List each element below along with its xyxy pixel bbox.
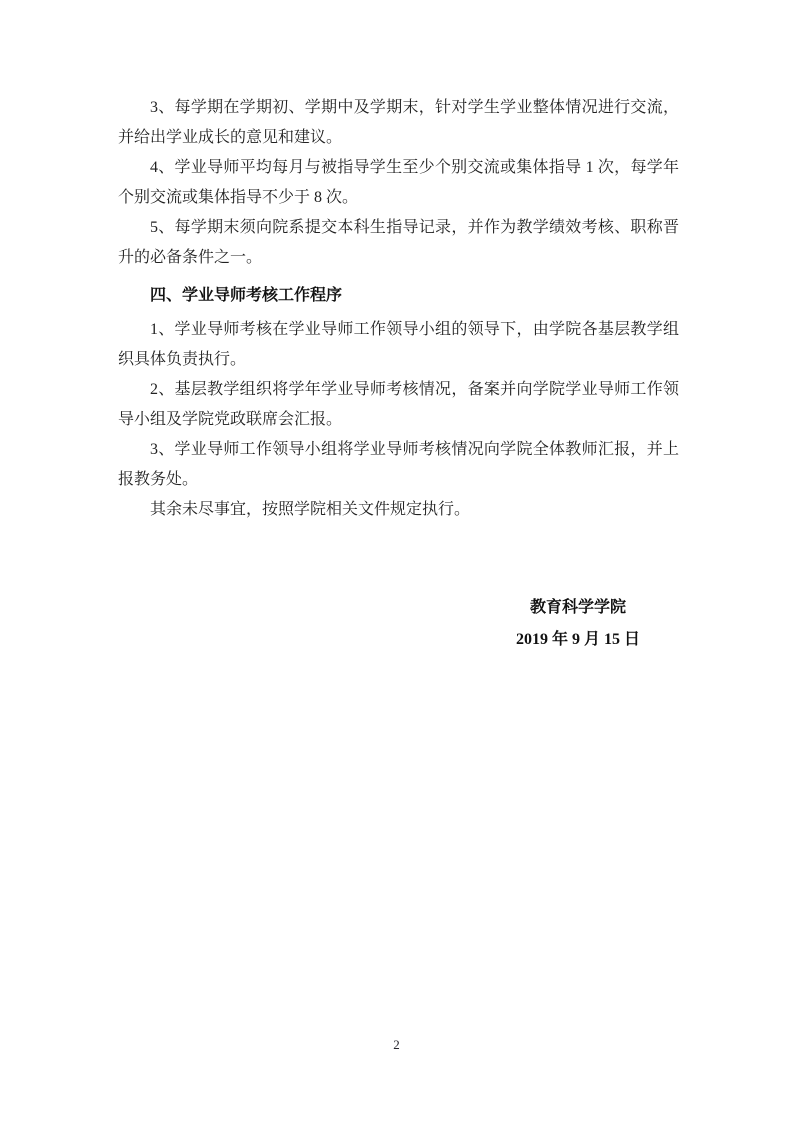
paragraph: 4、学业导师平均每月与被指导学生至少个别交流或集体指导 1 次，每学年个别交流或… [118, 153, 679, 213]
signature-organization: 教育科学学院 [460, 592, 696, 624]
page-number: 2 [393, 1037, 400, 1052]
paragraph: 5、每学期末须向院系提交本科生指导记录，并作为教学绩效考核、职称晋升的必备条件之… [118, 213, 679, 273]
signature-block: 教育科学学院 2019 年 9 月 15 日 [460, 592, 696, 656]
paragraph: 2、基层教学组织将学年学业导师考核情况，备案并向学院学业导师工作领导小组及学院党… [118, 375, 679, 435]
document-body: 3、每学期在学期初、学期中及学期末，针对学生学业整体情况进行交流，并给出学业成长… [118, 93, 679, 525]
paragraph: 3、学业导师工作领导小组将学业导师考核情况向学院全体教师汇报，并上报教务处。 [118, 435, 679, 495]
paragraph: 1、学业导师考核在学业导师工作领导小组的领导下，由学院各基层教学组织具体负责执行… [118, 315, 679, 375]
document-page: 3、每学期在学期初、学期中及学期末，针对学生学业整体情况进行交流，并给出学业成长… [0, 0, 793, 1122]
page-footer: 2 [0, 1036, 793, 1054]
paragraph: 其余未尽事宜，按照学院相关文件规定执行。 [118, 495, 679, 525]
section-heading: 四、学业导师考核工作程序 [118, 281, 679, 311]
paragraph: 3、每学期在学期初、学期中及学期末，针对学生学业整体情况进行交流，并给出学业成长… [118, 93, 679, 153]
signature-date: 2019 年 9 月 15 日 [460, 624, 696, 656]
